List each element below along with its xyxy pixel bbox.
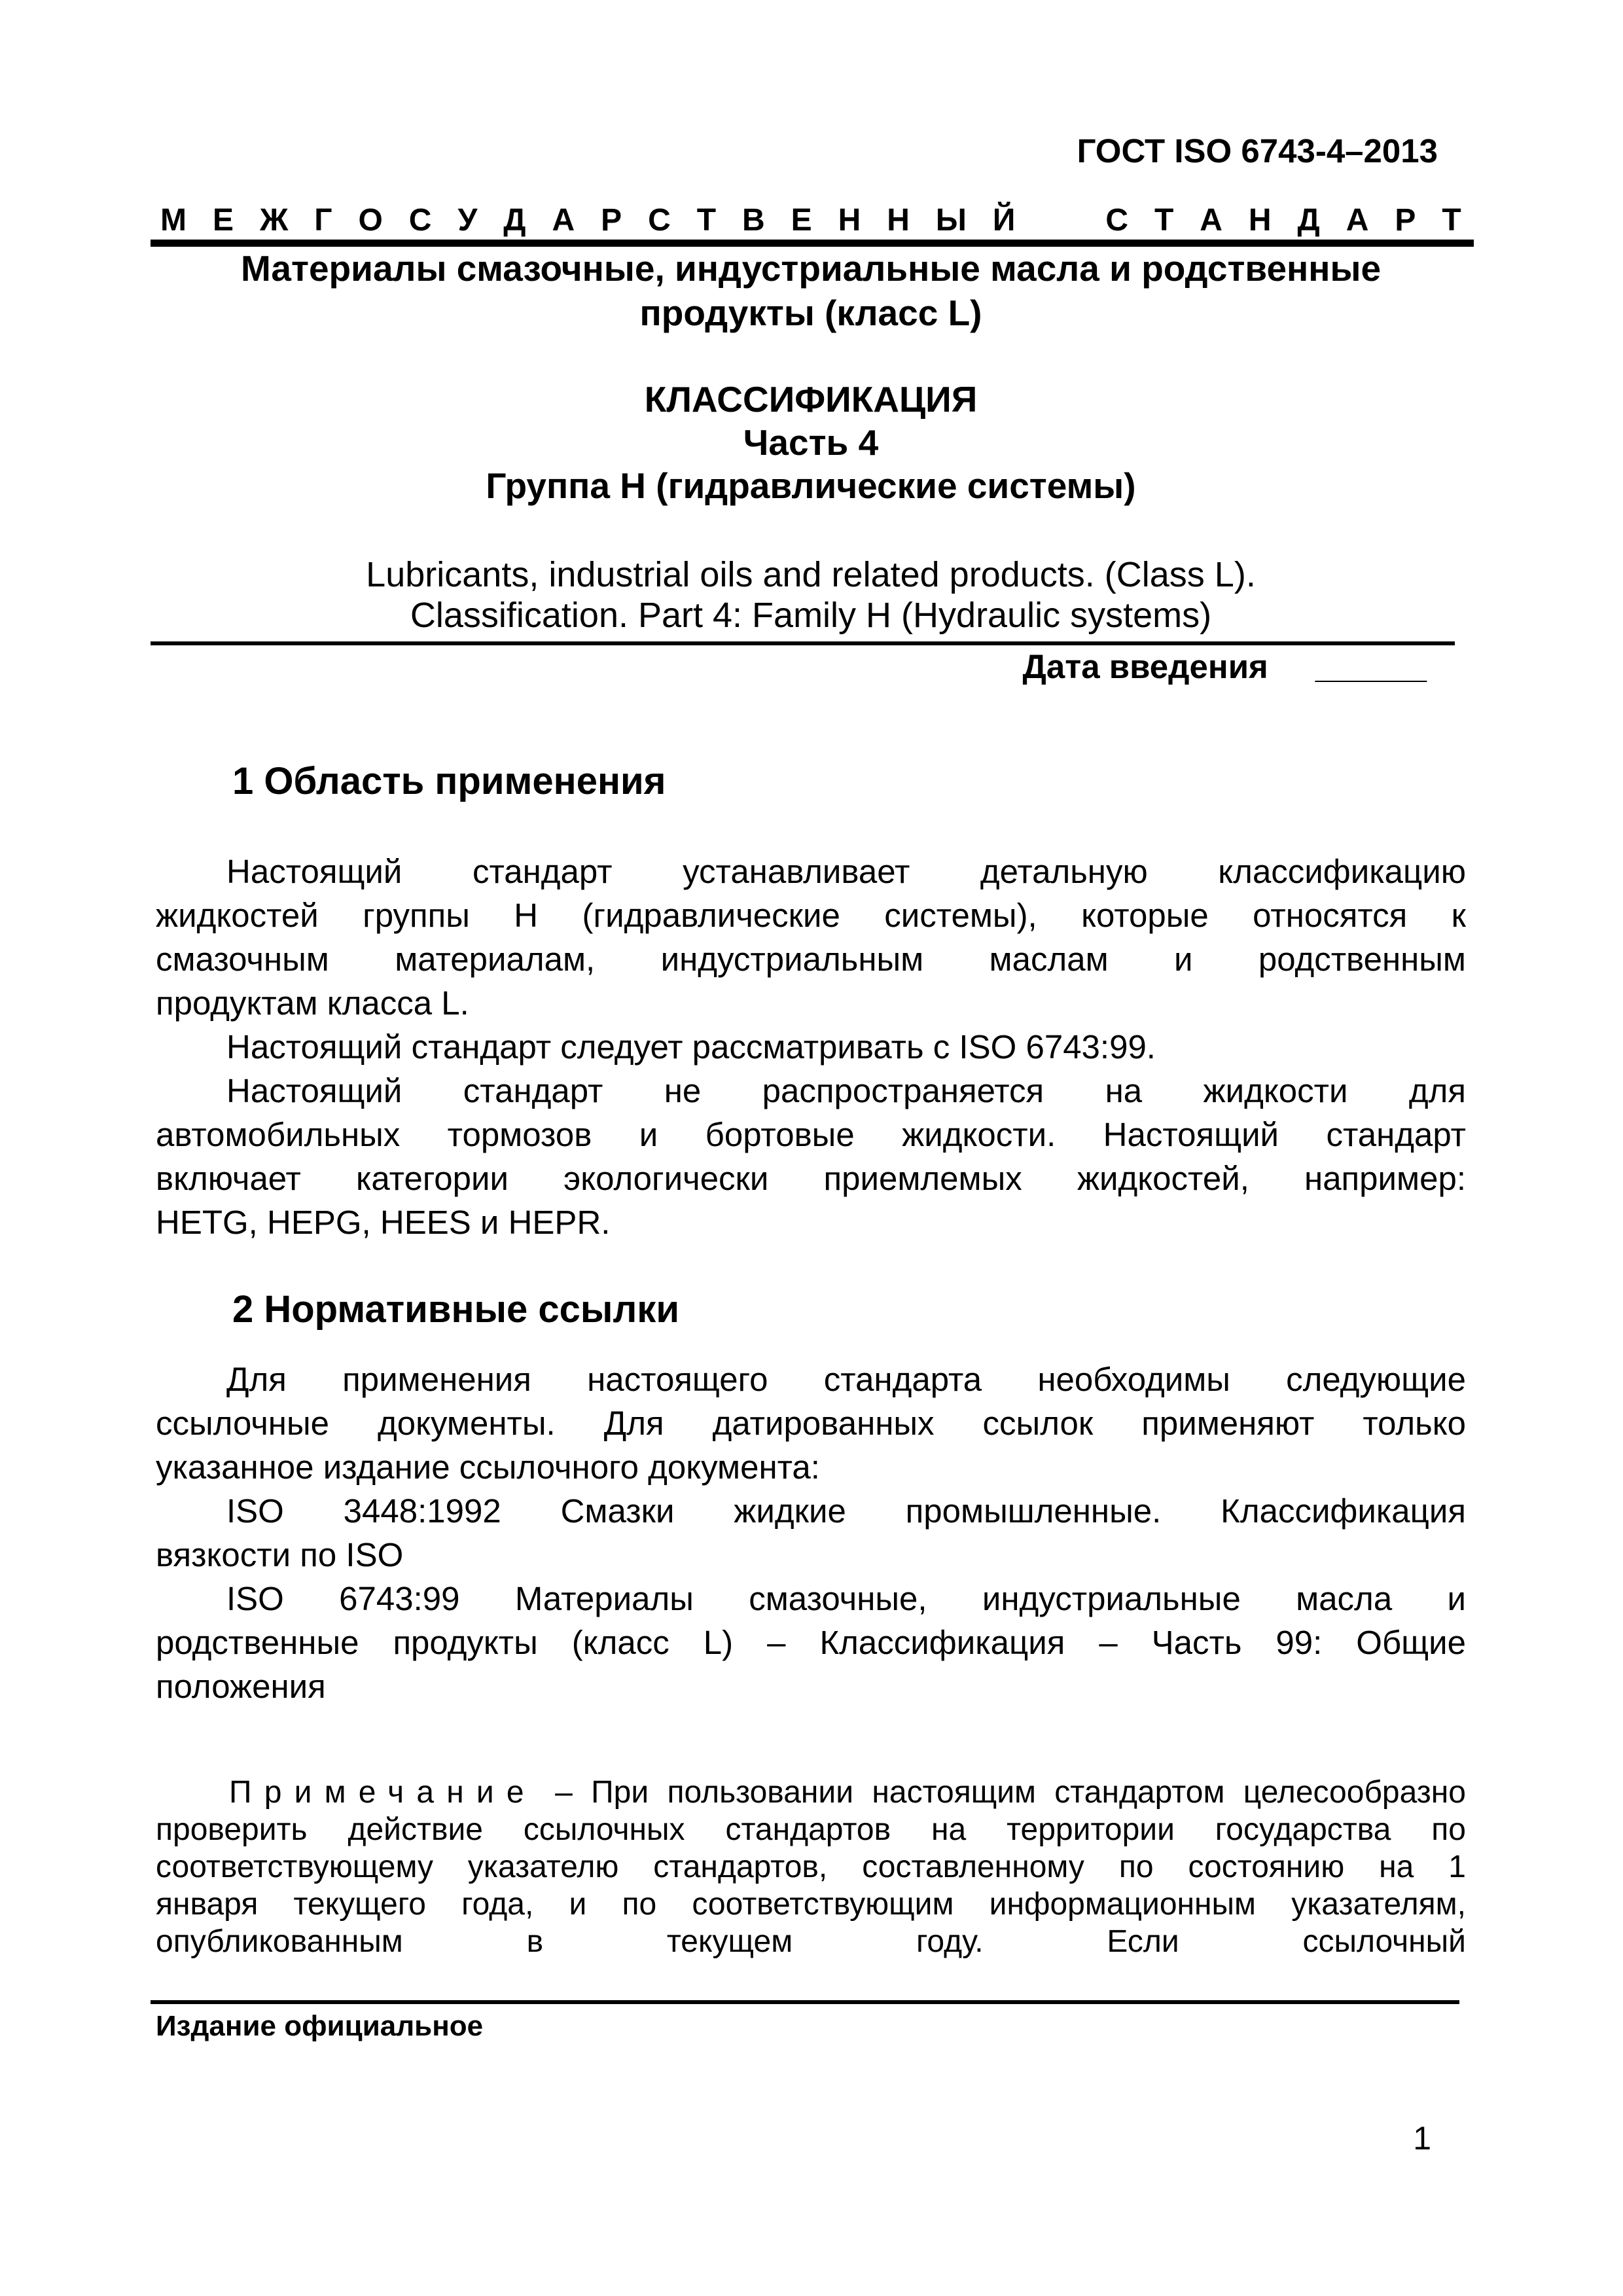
title-russian: Материалы смазочные, индустриальные масл… xyxy=(156,246,1466,335)
spread-letter: Ы xyxy=(936,204,967,237)
spread-letter: Й xyxy=(993,204,1016,237)
text-line: Группа Н (гидравлические системы) xyxy=(156,464,1466,507)
section-1-heading: 1 Область применения xyxy=(232,760,666,803)
spread-letter: Ж xyxy=(260,204,288,237)
spread-letter: Е xyxy=(791,204,812,237)
spread-letter: С xyxy=(409,204,432,237)
spread-letter: А xyxy=(1346,204,1369,237)
text-line: проверить действие ссылочных стандартов … xyxy=(156,1811,1466,1848)
spread-letter: У xyxy=(457,204,477,237)
edition-label: Издание официальное xyxy=(156,2009,483,2044)
spread-letter: Т xyxy=(1154,204,1173,237)
spread-letter: Д xyxy=(503,204,526,237)
title-rule xyxy=(151,641,1455,645)
text-line: опубликованным в текущем году. Если ссыл… xyxy=(156,1923,1466,1960)
text-line: продуктам класса L. xyxy=(156,981,1466,1025)
text-line: автомобильных тормозов и бортовые жидкос… xyxy=(156,1113,1466,1157)
note-text: Примечание – При пользовании настоящим с… xyxy=(156,1774,1466,1960)
text-line: Lubricants, industrial oils and related … xyxy=(156,554,1466,595)
footer-rule xyxy=(151,2000,1459,2004)
text-line: продукты (класс L) xyxy=(156,291,1466,335)
text-line: Часть 4 xyxy=(156,421,1466,464)
document-page: ГОСТ ISO 6743-4–2013 МЕЖГОСУДАРСТВЕННЫЙС… xyxy=(0,0,1623,2296)
spread-letter: Н xyxy=(887,204,910,237)
text-line: вязкости по ISO xyxy=(156,1533,1466,1577)
section-2-text: Для применения настоящего стандарта необ… xyxy=(156,1357,1466,1708)
text-line: ссылочные документы. Для датированных сс… xyxy=(156,1401,1466,1445)
text-line: Примечание – При пользовании настоящим с… xyxy=(156,1774,1466,1811)
section-1-text: Настоящий стандарт устанавливает детальн… xyxy=(156,850,1466,1244)
spread-letter: С xyxy=(1105,204,1128,237)
title-english: Lubricants, industrial oils and related … xyxy=(156,554,1466,636)
date-label: Дата введения xyxy=(1023,648,1268,685)
text-line: Для применения настоящего стандарта необ… xyxy=(156,1357,1466,1401)
spread-letter: В xyxy=(742,204,765,237)
text-line: Материалы смазочные, индустриальные масл… xyxy=(156,246,1466,291)
text-line: КЛАССИФИКАЦИЯ xyxy=(156,378,1466,421)
text-line: января текущего года, и по соответствующ… xyxy=(156,1886,1466,1923)
note-label: Примечание xyxy=(229,1775,537,1810)
spread-letter: Р xyxy=(601,204,622,237)
spread-letter: А xyxy=(552,204,575,237)
spread-letter: Н xyxy=(1249,204,1272,237)
text-line: указанное издание ссылочного документа: xyxy=(156,1445,1466,1489)
spread-letter: С xyxy=(648,204,671,237)
section-2-heading: 2 Нормативные ссылки xyxy=(232,1288,679,1331)
text-line: смазочным материалам, индустриальным мас… xyxy=(156,937,1466,981)
spread-letter: Т xyxy=(697,204,716,237)
spread-letter: Т xyxy=(1442,204,1461,237)
spread-letter: О xyxy=(358,204,382,237)
spread-letter: Р xyxy=(1395,204,1416,237)
text-line: ISO 3448:1992 Смазки жидкие промышленные… xyxy=(156,1489,1466,1533)
date-of-introduction-line: Дата введения______ xyxy=(1023,647,1427,687)
spread-letter: А xyxy=(1200,204,1222,237)
date-blank-field: ______ xyxy=(1315,648,1427,685)
text-line: HETG, HEPG, HEES и HEPR. xyxy=(156,1200,1466,1244)
text-line: Настоящий стандарт не распространяется н… xyxy=(156,1069,1466,1113)
text-line: соответствующему указателю стандартов, с… xyxy=(156,1848,1466,1886)
text-line: родственные продукты (класс L) – Классиф… xyxy=(156,1621,1466,1664)
standard-type-row: МЕЖГОСУДАРСТВЕННЫЙСТАНДАРТ xyxy=(160,204,1461,237)
page-number: 1 xyxy=(1413,2119,1431,2157)
text-line: положения xyxy=(156,1664,1466,1708)
text-line: Настоящий стандарт следует рассматривать… xyxy=(156,1025,1466,1069)
text-line: Classification. Part 4: Family H (Hydrau… xyxy=(156,595,1466,636)
spread-letter: Д xyxy=(1298,204,1320,237)
spread-letter: Н xyxy=(838,204,861,237)
spread-letter: Е xyxy=(213,204,234,237)
title-classification: КЛАССИФИКАЦИЯЧасть 4Группа Н (гидравличе… xyxy=(156,378,1466,507)
text-line: включает категории экологически приемлем… xyxy=(156,1157,1466,1200)
text-line: ISO 6743:99 Материалы смазочные, индустр… xyxy=(156,1577,1466,1621)
spread-letter: Г xyxy=(314,204,332,237)
doc-code: ГОСТ ISO 6743-4–2013 xyxy=(1077,131,1438,171)
text-line: Настоящий стандарт устанавливает детальн… xyxy=(156,850,1466,893)
spread-letter: М xyxy=(160,204,187,237)
text-line: жидкостей группы Н (гидравлические систе… xyxy=(156,893,1466,937)
